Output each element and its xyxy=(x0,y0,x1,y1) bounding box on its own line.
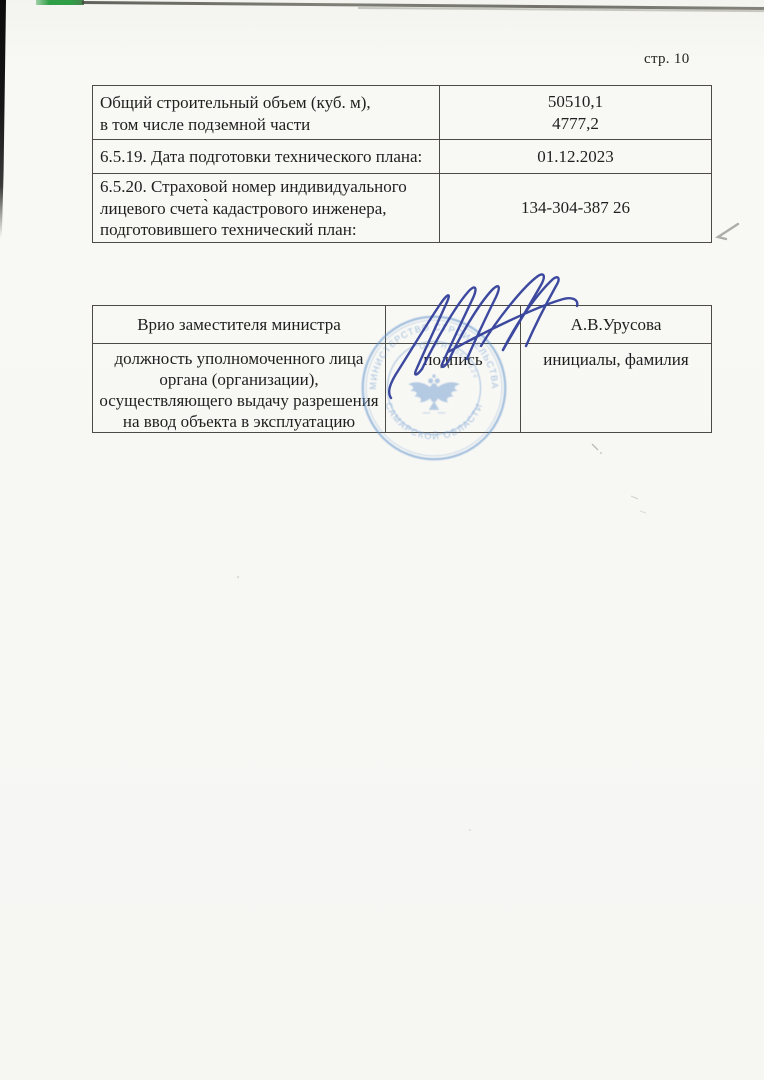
scan-speck xyxy=(592,444,598,450)
label-line: 6.5.19. Дата подготовки технического пла… xyxy=(100,146,433,168)
scan-speck xyxy=(640,511,646,513)
caption-line: на ввод объекта в эксплуатацию xyxy=(93,411,385,432)
label-line: 6.5.20. Страховой номер индивидуального xyxy=(100,176,433,198)
label-line: лицевого счета̀ кадастрового инженера, xyxy=(100,198,433,220)
scan-speck xyxy=(600,452,602,454)
table-cell-label: 6.5.19. Дата подготовки технического пла… xyxy=(93,139,439,173)
position-title-cell: Врио заместителя министра xyxy=(93,306,385,343)
label-line: в том числе подземной части xyxy=(100,114,433,136)
scan-speck xyxy=(631,496,638,499)
caption-line: должность уполномоченного лица xyxy=(93,348,385,369)
scan-artifact-left-edge xyxy=(0,0,6,238)
table-cell-value: 50510,1 4777,2 xyxy=(439,86,711,139)
scan-arrow-mark xyxy=(718,224,738,239)
scan-speck xyxy=(237,576,239,578)
value-line: 134-304-387 26 xyxy=(521,197,630,219)
table-cell-label: 6.5.20. Страховой номер индивидуального … xyxy=(93,173,439,242)
signer-name: А.В.Урусова xyxy=(571,314,662,336)
name-cell: А.В.Урусова xyxy=(520,306,711,343)
stamp-eagle-emblem xyxy=(408,374,459,413)
scanned-document-page: стр. 10 Общий строительный объем (куб. м… xyxy=(0,0,764,1080)
label-line: Общий строительный объем (куб. м), xyxy=(100,92,433,114)
value-line: 4777,2 xyxy=(552,113,599,135)
position-caption-cell: должность уполномоченного лица органа (о… xyxy=(93,343,385,432)
table-cell-label: Общий строительный объем (куб. м), в том… xyxy=(93,86,439,139)
page-number: стр. 10 xyxy=(644,51,690,68)
table-cell-value: 01.12.2023 xyxy=(439,139,711,173)
name-caption: инициалы, фамилия xyxy=(543,349,688,371)
technical-data-table: Общий строительный объем (куб. м), в том… xyxy=(92,85,712,243)
caption-line: осуществляющего выдачу разрешения xyxy=(93,390,385,411)
official-round-stamp: МИНИСТЕРСТВО СТРОИТЕЛЬСТВА САМАРСКОЙ ОБЛ… xyxy=(358,312,510,464)
table-cell-value: 134-304-387 26 xyxy=(439,173,711,242)
name-caption-cell: инициалы, фамилия xyxy=(520,343,711,432)
value-line: 01.12.2023 xyxy=(537,146,614,168)
caption-line: органа (организации), xyxy=(93,369,385,390)
scan-artifact-green-mark xyxy=(36,0,84,5)
label-line: подготовившего технический план: xyxy=(100,219,433,241)
scan-speck xyxy=(469,829,471,831)
value-line: 50510,1 xyxy=(548,91,603,113)
position-title: Врио заместителя министра xyxy=(137,314,341,336)
stamp-ogrn-digits: 5808124 xyxy=(453,348,478,380)
